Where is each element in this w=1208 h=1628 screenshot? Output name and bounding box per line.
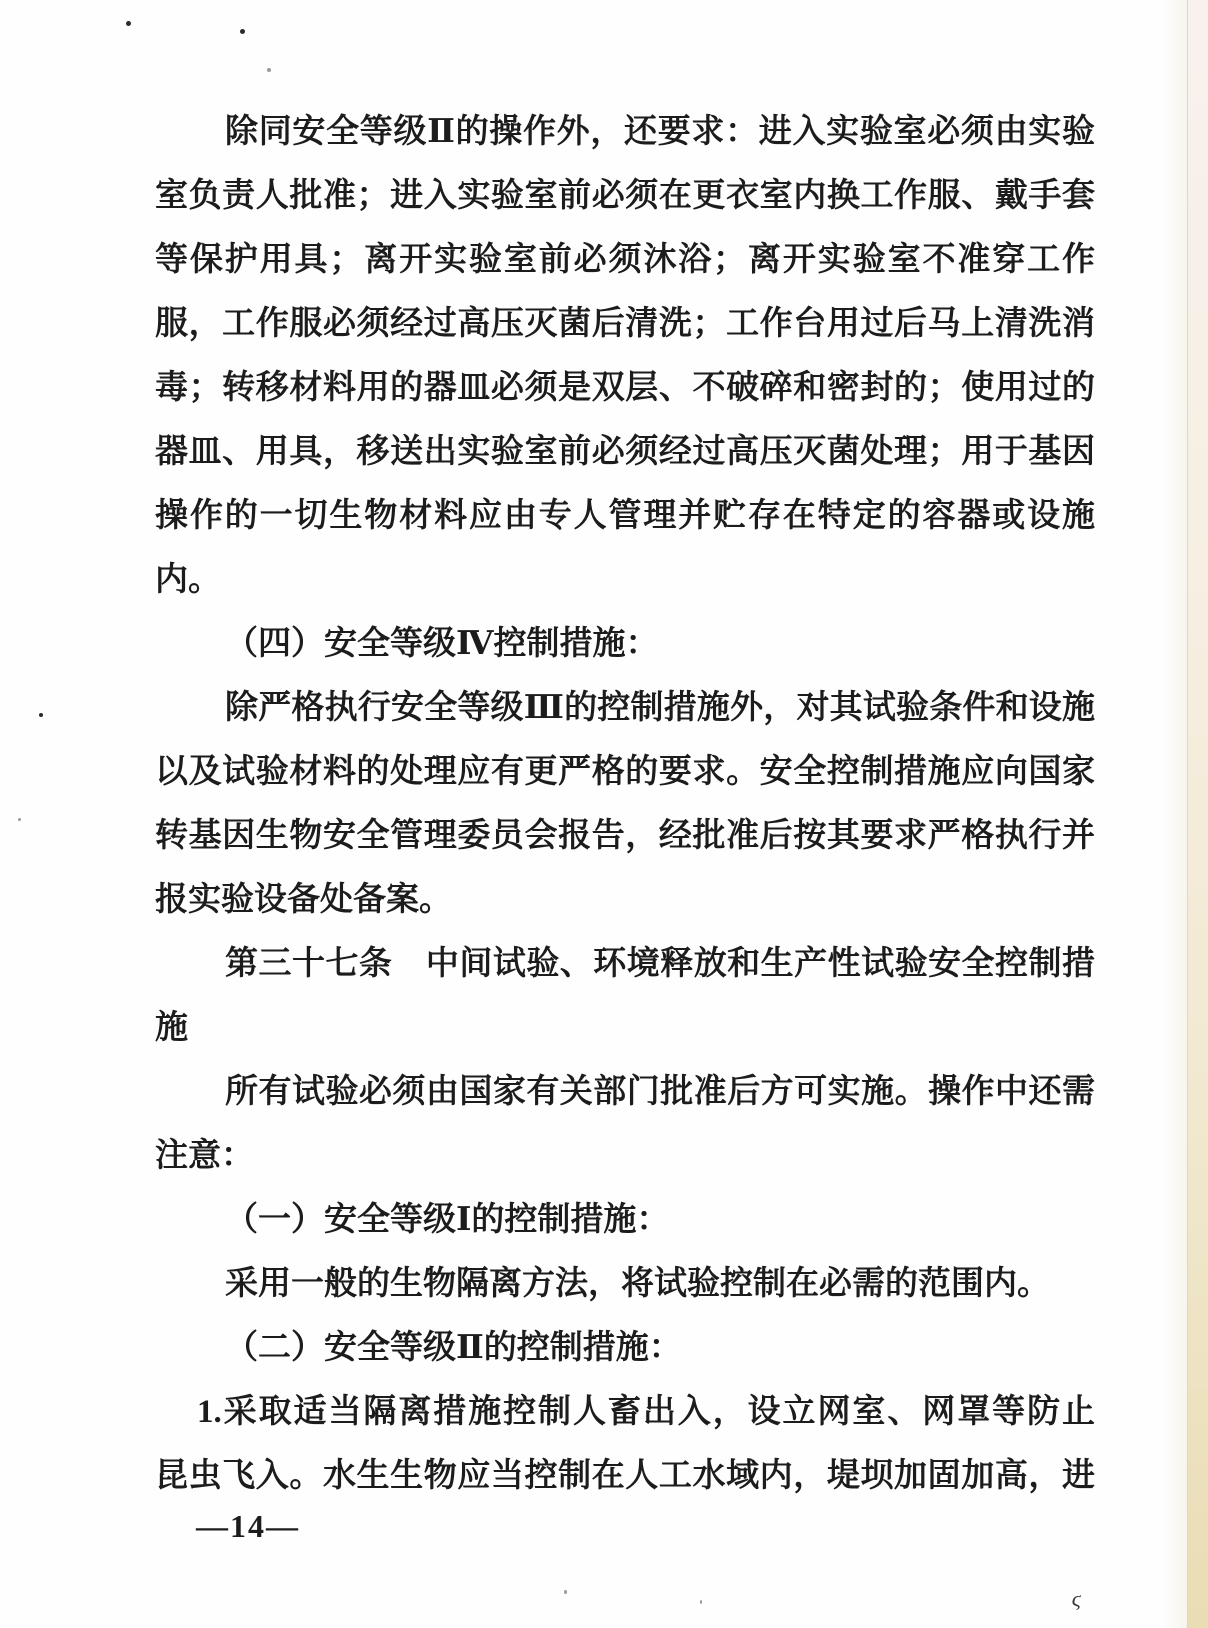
page-edge-shadow (1162, 0, 1188, 1628)
scan-speck (240, 29, 245, 34)
text-line: 毒；转移材料用的器皿必须是双层、不破碎和密封的；使用过的 (155, 356, 1095, 420)
scan-speck (18, 818, 21, 821)
text-line: 昆虫飞入。水生生物应当控制在人工水域内，堤坝加固加高，进 (155, 1444, 1095, 1508)
text-line: 报实验设备处备案。 (155, 868, 1095, 932)
scan-speck (564, 1590, 567, 1594)
page-edge-shading (1187, 0, 1208, 1628)
scan-speck (39, 713, 43, 717)
page-number: —14— (196, 1508, 300, 1545)
section-heading: （一）安全等级Ⅰ的控制措施： (155, 1188, 1095, 1252)
text-line: 除严格执行安全等级Ⅲ的控制措施外，对其试验条件和设施 (155, 676, 1095, 740)
section-heading: （四）安全等级Ⅳ控制措施： (155, 612, 1095, 676)
text-line: 1.采取适当隔离措施控制人畜出入，设立网室、网罩等防止 (155, 1380, 1095, 1444)
article-heading: 第三十七条 中间试验、环境释放和生产性试验安全控制措 (155, 932, 1095, 996)
text-line: 内。 (155, 548, 1095, 612)
text-line: 以及试验材料的处理应有更严格的要求。安全控制措施应向国家 (155, 740, 1095, 804)
text-line: 采用一般的生物隔离方法，将试验控制在必需的范围内。 (155, 1252, 1095, 1316)
document-body: 除同安全等级Ⅱ的操作外，还要求：进入实验室必须由实验 室负责人批准；进入实验室前… (155, 100, 1095, 1508)
text-line: 器皿、用具，移送出实验室前必须经过高压灭菌处理；用于基因 (155, 420, 1095, 484)
text-line: 服，工作服必须经过高压灭菌后清洗；工作台用过后马上清洗消 (155, 292, 1095, 356)
scan-speck (267, 68, 271, 72)
scan-speck (700, 1600, 702, 1604)
text-line: 操作的一切生物材料应由专人管理并贮存在特定的容器或设施 (155, 484, 1095, 548)
text-line: 转基因生物安全管理委员会报告，经批准后按其要求严格执行并 (155, 804, 1095, 868)
scan-speck (985, 1093, 988, 1096)
section-heading: （二）安全等级Ⅱ的控制措施： (155, 1316, 1095, 1380)
scan-artifact-mark: ϛ (1071, 1586, 1083, 1613)
text-line: 室负责人批准；进入实验室前必须在更衣室内换工作服、戴手套 (155, 164, 1095, 228)
text-line: 除同安全等级Ⅱ的操作外，还要求：进入实验室必须由实验 (155, 100, 1095, 164)
text-line: 等保护用具；离开实验室前必须沐浴；离开实验室不准穿工作 (155, 228, 1095, 292)
scan-speck (126, 21, 131, 26)
text-line: 注意： (155, 1124, 1095, 1188)
text-line: 施 (155, 996, 1095, 1060)
document-page: 除同安全等级Ⅱ的操作外，还要求：进入实验室必须由实验 室负责人批准；进入实验室前… (0, 0, 1208, 1628)
text-line: 所有试验必须由国家有关部门批准后方可实施。操作中还需 (155, 1060, 1095, 1124)
